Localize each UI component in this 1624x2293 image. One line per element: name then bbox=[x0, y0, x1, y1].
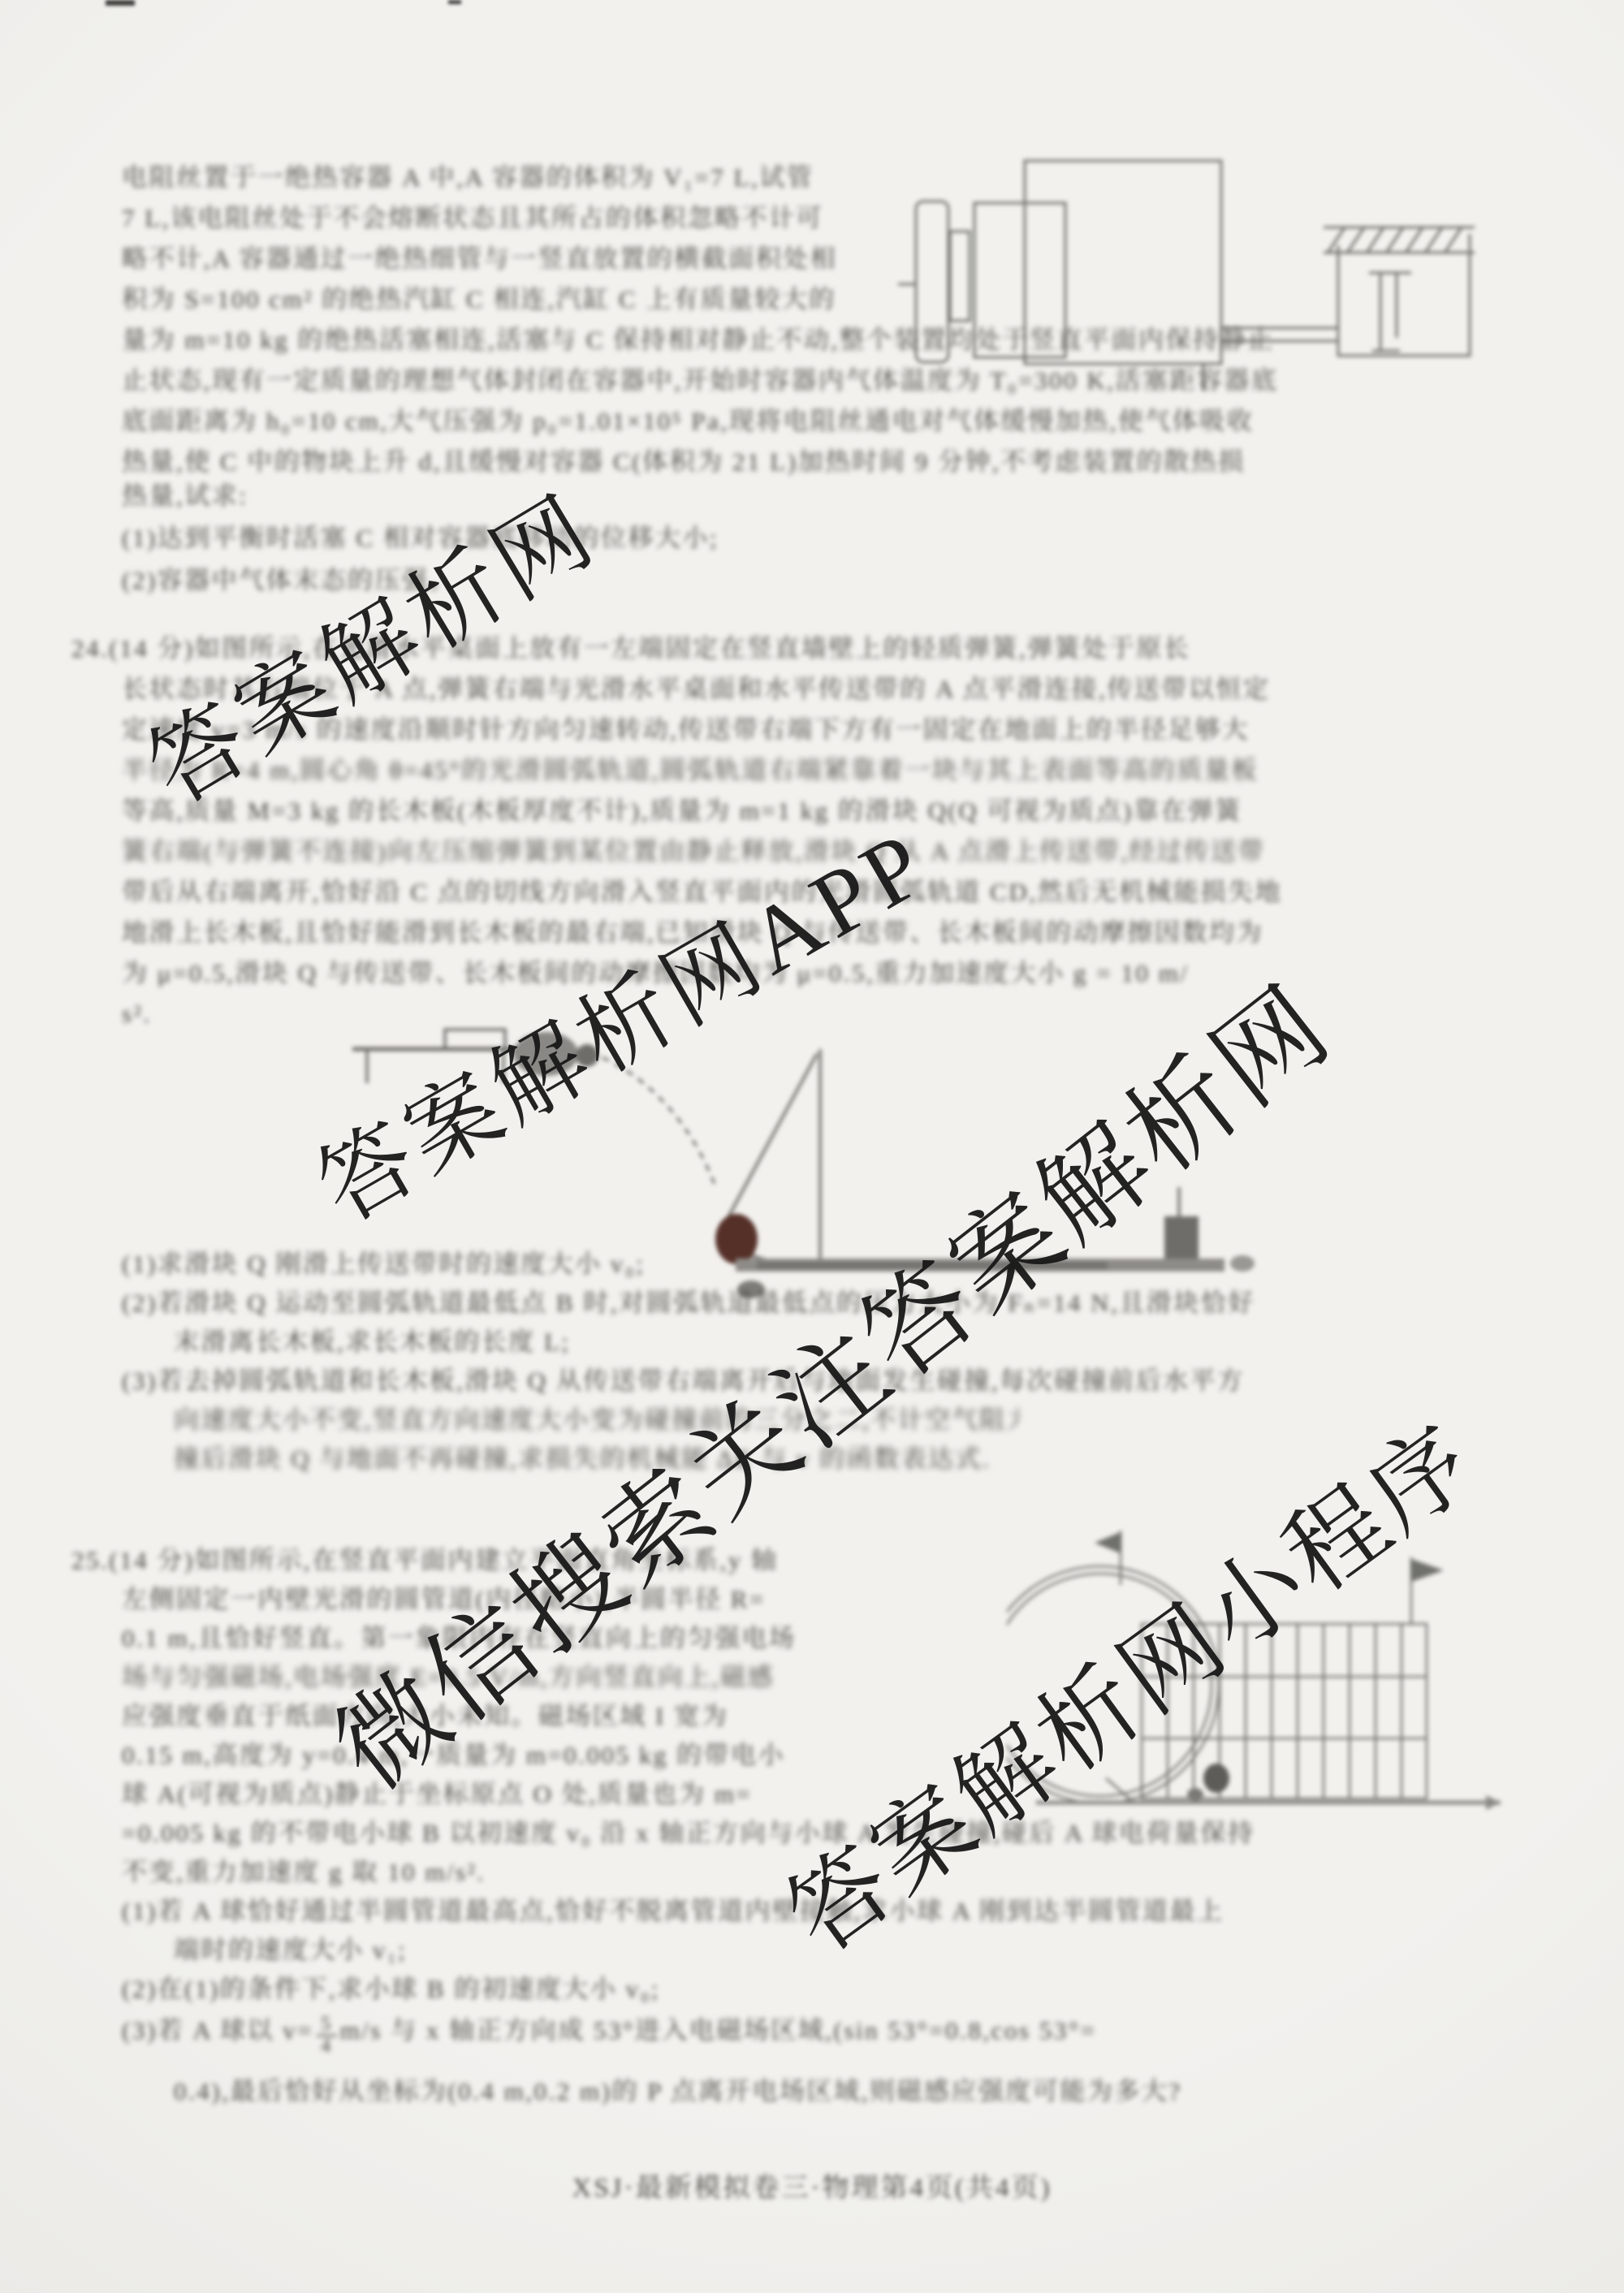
ball-blob bbox=[1203, 1764, 1229, 1793]
q23-line: 底面距离为 h₀=10 cm,大气压强为 p₀=1.01×10⁵ Pa,现将电阻… bbox=[122, 403, 1470, 440]
q23-line: 积为 S=100 cm² 的绝热汽缸 C 相连,汽缸 C 上有质量较大的 bbox=[122, 281, 922, 318]
q23-apparatus-diagram bbox=[893, 146, 1478, 390]
q25-item3-prefix: (3)若 A 球以 v= bbox=[122, 2016, 313, 2045]
end-block bbox=[1164, 1216, 1199, 1259]
q24-item: 末滑离长木板,求长木板的长度 L; bbox=[174, 1324, 571, 1361]
q24-item: (1)求滑块 Q 刚滑上传送带时的速度大小 v₀; bbox=[122, 1246, 645, 1283]
x-axis-arrow bbox=[1486, 1795, 1501, 1810]
q25-item: (2)在(1)的条件下,求小球 B 的初速度大小 v₀; bbox=[122, 1971, 660, 2008]
heater-box bbox=[974, 203, 1065, 357]
q25-line: 应强度垂直于纸面方向,大小未知。磁场区域 I 宽为 bbox=[122, 1698, 1005, 1735]
q23-line: 略不计,A 容器通过一绝热细管与一竖直放置的横截面积处相 bbox=[122, 240, 922, 278]
right-flag bbox=[1411, 1559, 1444, 1582]
q25-item-with-fraction: (3)若 A 球以 v=54m/s 与 x 轴正方向成 53°进入电磁场区域,(… bbox=[122, 2006, 1470, 2056]
q25-line: 0.15 m,高度为 y=0.4 m,一质量为 m=0.005 kg 的带电小 bbox=[122, 1737, 1005, 1774]
scan-speck bbox=[106, 0, 135, 6]
fraction-5-4: 54 bbox=[317, 2014, 337, 2056]
q25-item3-suffix: m/s 与 x 轴正方向成 53°进入电磁场区域,(sin 53°=0.8,co… bbox=[340, 2016, 1097, 2045]
left-flag bbox=[1095, 1532, 1121, 1553]
cell-inner bbox=[950, 231, 970, 321]
scan-speck bbox=[448, 0, 461, 4]
q23-line: 热量,使 C 中的物块上升 d,且缓慢对容器 C(体积为 21 L)加热时间 9… bbox=[122, 443, 1470, 481]
label-blob bbox=[1230, 1255, 1255, 1272]
q23-line: 7 L,该电阻丝处于不会熔断状态且其所占的体积忽略不计可 bbox=[122, 200, 922, 237]
scanned-exam-page: 电阻丝置于一绝热容器 A 中,A 容器的体积为 V₁=7 L,试管 7 L,该电… bbox=[0, 0, 1624, 2293]
arc-end-blob bbox=[715, 1214, 758, 1264]
q24-line: 等高,质量 M=3 kg 的长木板(木板厚度不计),质量为 m=1 kg 的滑块… bbox=[122, 792, 1470, 830]
q23-line: 电阻丝置于一绝热容器 A 中,A 容器的体积为 V₁=7 L,试管 bbox=[122, 159, 922, 196]
container-A bbox=[1025, 161, 1221, 364]
q25-item: 0.4),最后恰好从坐标为(0.4 m,0.2 m)的 P 点离开电场区域,则磁… bbox=[174, 2073, 1470, 2110]
q25-item: 端时的速度大小 v₁; bbox=[174, 1932, 407, 1969]
container-stub bbox=[1194, 364, 1212, 390]
piston bbox=[1369, 273, 1411, 351]
q24-line-tail: s². bbox=[122, 995, 152, 1033]
q24-line: 半径为 R=4 m,圆心角 θ=45°的光滑圆弧轨道,圆弧轨道右端紧靠着一块与其… bbox=[122, 752, 1470, 789]
ball-blob-small bbox=[1187, 1788, 1203, 1801]
q25-line: 不变,重力加速度 g 取 10 m/s². bbox=[122, 1854, 486, 1891]
incline-line bbox=[724, 1054, 817, 1224]
cell-cylinder bbox=[916, 201, 948, 362]
hatch-cap bbox=[1324, 227, 1475, 253]
page-footer: XSJ·最新模拟卷三·物理第4页(共4页) bbox=[0, 2166, 1624, 2204]
q23-ask-line: 热量,试求: bbox=[122, 477, 248, 515]
